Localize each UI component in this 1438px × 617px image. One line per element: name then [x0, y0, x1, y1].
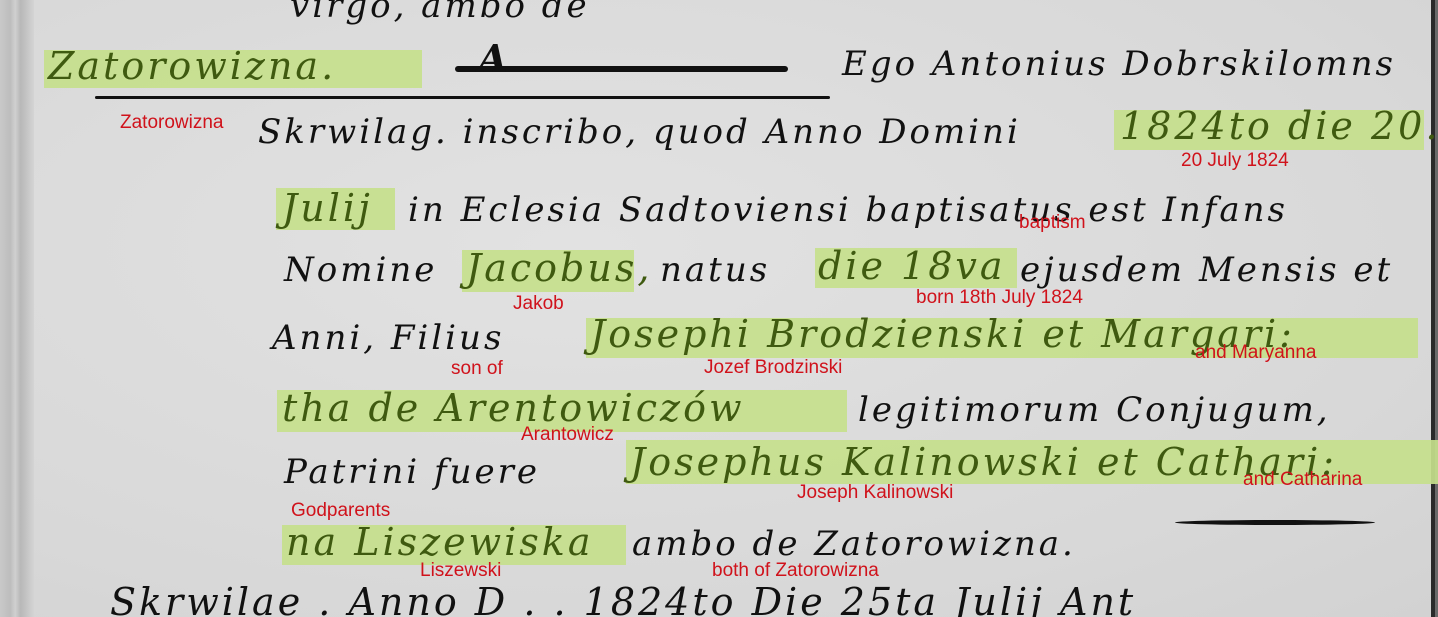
manuscript-line-7-prefix: Patrini fuere [284, 452, 540, 492]
page-binding-edge [0, 0, 34, 617]
manuscript-line-8-suffix: ambo de Zatorowizna. [632, 524, 1076, 564]
annotation-godmother-surname: Liszewski [420, 560, 501, 582]
annotation-birth: born 18th July 1824 [916, 287, 1083, 309]
closing-dash [1175, 520, 1375, 525]
manuscript-page: virgo, ambo de Zatorowizna. A Ego Antoni… [0, 0, 1438, 617]
manuscript-line-0: virgo, ambo de [290, 0, 590, 26]
manuscript-line-3: in Eclesia Sadtoviensi baptisatus est In… [408, 190, 1288, 230]
annotation-origin: both of Zatorowizna [712, 560, 879, 582]
manuscript-godparents: Josephus Kalinowski et Cathari: [630, 440, 1337, 484]
annotation-father: Jozef Brodzinski [704, 357, 842, 379]
manuscript-line-9: Skrwilae . Anno D . . 1824to Die 25ta Ju… [110, 580, 1136, 617]
annotation-date: 20 July 1824 [1181, 150, 1289, 172]
annotation-mother-surname: Arantowicz [521, 424, 614, 446]
manuscript-line-4-middle: natus [660, 250, 770, 290]
manuscript-godmother: na Liszewiska [286, 520, 593, 564]
manuscript-child-name: Jacobus, [466, 246, 652, 290]
annotation-son-of: son of [451, 358, 503, 380]
manuscript-line-2: Skrwilag. inscribo, quod Anno Domini [258, 112, 1021, 152]
manuscript-date: 1824to die 20. [1120, 104, 1438, 148]
manuscript-line-6-suffix: legitimorum Conjugum, [858, 390, 1331, 430]
annotation-child: Jakob [513, 293, 564, 315]
manuscript-mother-surname: tha de Arentowiczów [282, 386, 744, 430]
manuscript-line-5-prefix: Anni, Filius [272, 318, 504, 358]
annotation-place: Zatorowizna [120, 112, 224, 134]
manuscript-birth-day: die 18va [818, 244, 1006, 288]
manuscript-place: Zatorowizna. [48, 44, 336, 88]
manuscript-parents: Josephi Brodzienski et Margari: [590, 312, 1295, 356]
underline-rule [95, 96, 830, 99]
manuscript-line-4-prefix: Nomine [284, 250, 437, 290]
annotation-godfather: Joseph Kalinowski [797, 482, 953, 504]
manuscript-line-1: Ego Antonius Dobrskilomns [842, 44, 1396, 84]
manuscript-month: Julij [282, 186, 373, 230]
annotation-godmother: and Catharina [1243, 469, 1362, 491]
annotation-mother: and Maryanna [1195, 342, 1316, 364]
manuscript-mark: A [478, 36, 510, 81]
manuscript-line-4-suffix: ejusdem Mensis et [1020, 250, 1393, 290]
annotation-baptism: baptism [1019, 212, 1086, 234]
annotation-godparents: Godparents [291, 500, 390, 522]
